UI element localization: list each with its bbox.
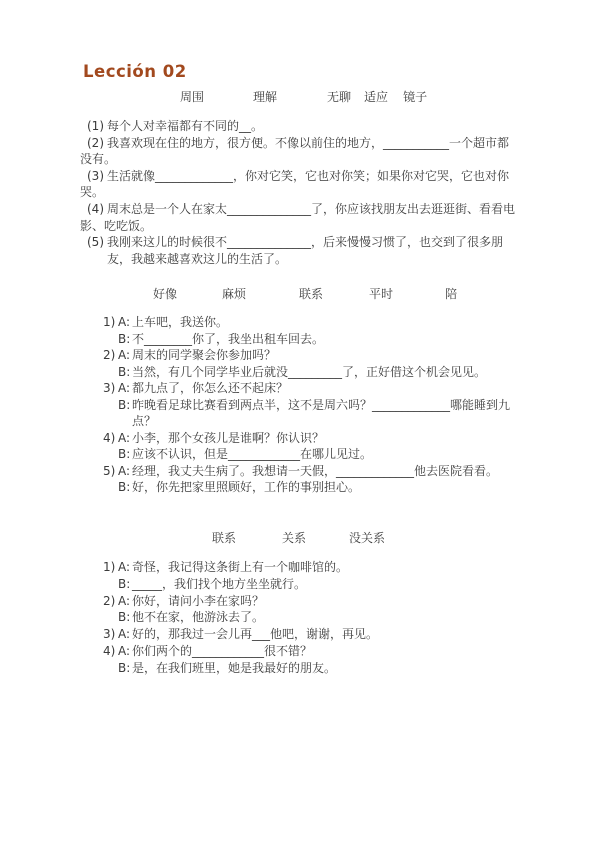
word-bank-word: 好像 (153, 287, 177, 302)
item-number: (2) (87, 135, 107, 152)
item-number: 4) (103, 643, 118, 660)
dialogue-text: _____，我们找个地方坐坐就行。 (132, 577, 306, 591)
word-bank-word: 镜子 (403, 90, 427, 105)
item-number: 2) (103, 347, 118, 364)
item-text: 生活就像_____________，你对它笑，它也对你笑；如果你对它哭，它也对你 (107, 169, 509, 183)
speaker-a-label: A: (118, 593, 132, 610)
dialogue-text: 小李，那个女孩儿是谁啊？你认识？ (132, 431, 324, 445)
exercise2-item-1-b: B:不________你了，我坐出租车回去。 (80, 331, 550, 348)
exercise3-item-4-a: 4)A:你们两个的____________很不错？ (80, 643, 550, 660)
word-bank-2: 好像 麻烦 联系 平时 陪 (80, 287, 457, 302)
exercise2-item-5-a: 5)A:经理，我丈夫生病了。我想请一天假，_____________他去医院看看… (80, 463, 550, 480)
dialogue-text: 你好，请问小李在家吗？ (132, 594, 264, 608)
speaker-a-label: A: (118, 314, 132, 331)
exercise-1: (1)每个人对幸福都有不同的__。 (2)我喜欢现在住的地方，很方便。不像以前住… (80, 118, 550, 267)
exercise-3: 1)A:奇怪，我记得这条街上有一个咖啡馆的。 B:_____，我们找个地方坐坐就… (80, 559, 550, 677)
word-bank-word: 联系 (212, 531, 236, 546)
exercise1-item-5: (5)我刚来这儿的时候很不______________，后来慢慢习惯了，也交到了… (80, 234, 550, 251)
word-bank-word: 陪 (445, 287, 457, 302)
exercise3-item-4-b: B:是，在我们班里，她是我最好的朋友。 (80, 660, 550, 677)
dialogue-text: 你们两个的____________很不错？ (132, 644, 312, 658)
word-bank-1: 周围 理解 无聊 适应 镜子 (80, 90, 427, 105)
exercise3-item-3-a: 3)A:好的，那我过一会儿再___他吧，谢谢，再见。 (80, 626, 550, 643)
exercise3-item-1-b: B:_____，我们找个地方坐坐就行。 (80, 576, 550, 593)
dialogue-text: 应该不认识，但是____________在哪儿见过。 (132, 447, 372, 461)
exercise3-item-2-b: B:他不在家，他游泳去了。 (80, 609, 550, 626)
exercise1-item-4: (4)周末总是一个人在家太______________了，你应该找朋友出去逛逛街… (80, 201, 550, 218)
dialogue-text: 昨晚看足球比赛看到两点半，这不是周六吗？_____________哪能睡到九 (132, 398, 510, 412)
item-number: (5) (87, 234, 107, 251)
exercise2-item-3-b: B:昨晚看足球比赛看到两点半，这不是周六吗？_____________哪能睡到九 (80, 397, 550, 414)
word-bank-word: 麻烦 (222, 287, 246, 302)
exercise1-item-2-cont: 没有。 (80, 151, 550, 168)
exercise1-item-4-cont: 影、吃吃饭。 (80, 218, 550, 235)
speaker-b-label: B: (118, 397, 132, 414)
exercise2-item-2-a: 2)A:周末的同学聚会你参加吗？ (80, 347, 550, 364)
speaker-a-label: A: (118, 380, 132, 397)
exercise-2: 1)A:上车吧，我送你。 B:不________你了，我坐出租车回去。 2)A:… (80, 314, 550, 496)
speaker-a-label: A: (118, 643, 132, 660)
word-bank-word: 没关系 (349, 531, 385, 546)
exercise2-item-5-b: B:好，你先把家里照顾好，工作的事别担心。 (80, 479, 550, 496)
dialogue-text: 是，在我们班里，她是我最好的朋友。 (132, 661, 336, 675)
item-number: 3) (103, 626, 118, 643)
item-number: 5) (103, 463, 118, 480)
speaker-b-label: B: (118, 331, 132, 348)
speaker-b-label: B: (118, 576, 132, 593)
dialogue-text: 上车吧，我送你。 (132, 315, 228, 329)
speaker-b-label: B: (118, 446, 132, 463)
speaker-a-label: A: (118, 463, 132, 480)
exercise1-item-3: (3)生活就像_____________，你对它笑，它也对你笑；如果你对它哭，它… (80, 168, 550, 185)
speaker-a-label: A: (118, 347, 132, 364)
dialogue-text: 经理，我丈夫生病了。我想请一天假，_____________他去医院看看。 (132, 464, 498, 478)
dialogue-text: 奇怪，我记得这条街上有一个咖啡馆的。 (132, 560, 348, 574)
item-number: 1) (103, 559, 118, 576)
item-number: (4) (87, 201, 107, 218)
exercise1-item-2: (2)我喜欢现在住的地方，很方便。不像以前住的地方，___________一个超… (80, 135, 550, 152)
dialogue-text: 当然，有几个同学毕业后就没_________了，正好借这个机会见见。 (132, 365, 486, 379)
speaker-b-label: B: (118, 479, 132, 496)
speaker-a-label: A: (118, 430, 132, 447)
word-bank-word: 适应 (364, 90, 388, 105)
exercise2-item-2-b: B:当然，有几个同学毕业后就没_________了，正好借这个机会见见。 (80, 364, 550, 381)
speaker-b-label: B: (118, 609, 132, 626)
item-number: 1) (103, 314, 118, 331)
word-bank-word: 周围 (180, 90, 204, 105)
word-bank-word: 无聊 (327, 90, 351, 105)
exercise1-item-5-cont: 友，我越来越喜欢这儿的生活了。 (80, 251, 550, 268)
word-bank-word: 理解 (253, 90, 277, 105)
item-number: 3) (103, 380, 118, 397)
exercise2-item-3-b-cont: 点？ (80, 413, 550, 430)
item-text: 我刚来这儿的时候很不______________，后来慢慢习惯了，也交到了很多朋 (107, 235, 503, 249)
exercise2-item-4-a: 4)A:小李，那个女孩儿是谁啊？你认识？ (80, 430, 550, 447)
item-number: (1) (87, 118, 107, 135)
exercise1-item-3-cont: 哭。 (80, 184, 550, 201)
speaker-a-label: A: (118, 626, 132, 643)
exercise2-item-3-a: 3)A:都九点了，你怎么还不起床？ (80, 380, 550, 397)
word-bank-word: 关系 (282, 531, 306, 546)
dialogue-text: 他不在家，他游泳去了。 (132, 610, 264, 624)
dialogue-text: 都九点了，你怎么还不起床？ (132, 381, 288, 395)
word-bank-word: 平时 (369, 287, 393, 302)
dialogue-text: 好，你先把家里照顾好，工作的事别担心。 (132, 480, 360, 494)
speaker-b-label: B: (118, 364, 132, 381)
speaker-b-label: B: (118, 660, 132, 677)
dialogue-text: 周末的同学聚会你参加吗？ (132, 348, 276, 362)
exercise2-item-4-b: B:应该不认识，但是____________在哪儿见过。 (80, 446, 550, 463)
item-text: 我喜欢现在住的地方，很方便。不像以前住的地方，___________一个超市都 (107, 136, 509, 150)
dialogue-text: 好的，那我过一会儿再___他吧，谢谢，再见。 (132, 627, 378, 641)
exercise2-item-1-a: 1)A:上车吧，我送你。 (80, 314, 550, 331)
item-number: 4) (103, 430, 118, 447)
item-text: 周末总是一个人在家太______________了，你应该找朋友出去逛逛街、看看… (107, 202, 515, 216)
exercise1-item-1: (1)每个人对幸福都有不同的__。 (80, 118, 550, 135)
worksheet-page: Lección 02 周围 理解 无聊 适应 镜子 (1)每个人对幸福都有不同的… (0, 0, 599, 848)
speaker-a-label: A: (118, 559, 132, 576)
dialogue-text: 不________你了，我坐出租车回去。 (132, 332, 324, 346)
exercise3-item-2-a: 2)A:你好，请问小李在家吗？ (80, 593, 550, 610)
word-bank-3: 联系 关系 没关系 (80, 531, 385, 546)
word-bank-word: 联系 (299, 287, 323, 302)
exercise3-item-1-a: 1)A:奇怪，我记得这条街上有一个咖啡馆的。 (80, 559, 550, 576)
item-text: 每个人对幸福都有不同的__。 (107, 119, 263, 133)
lesson-title: Lección 02 (83, 61, 187, 83)
item-number: (3) (87, 168, 107, 185)
item-number: 2) (103, 593, 118, 610)
